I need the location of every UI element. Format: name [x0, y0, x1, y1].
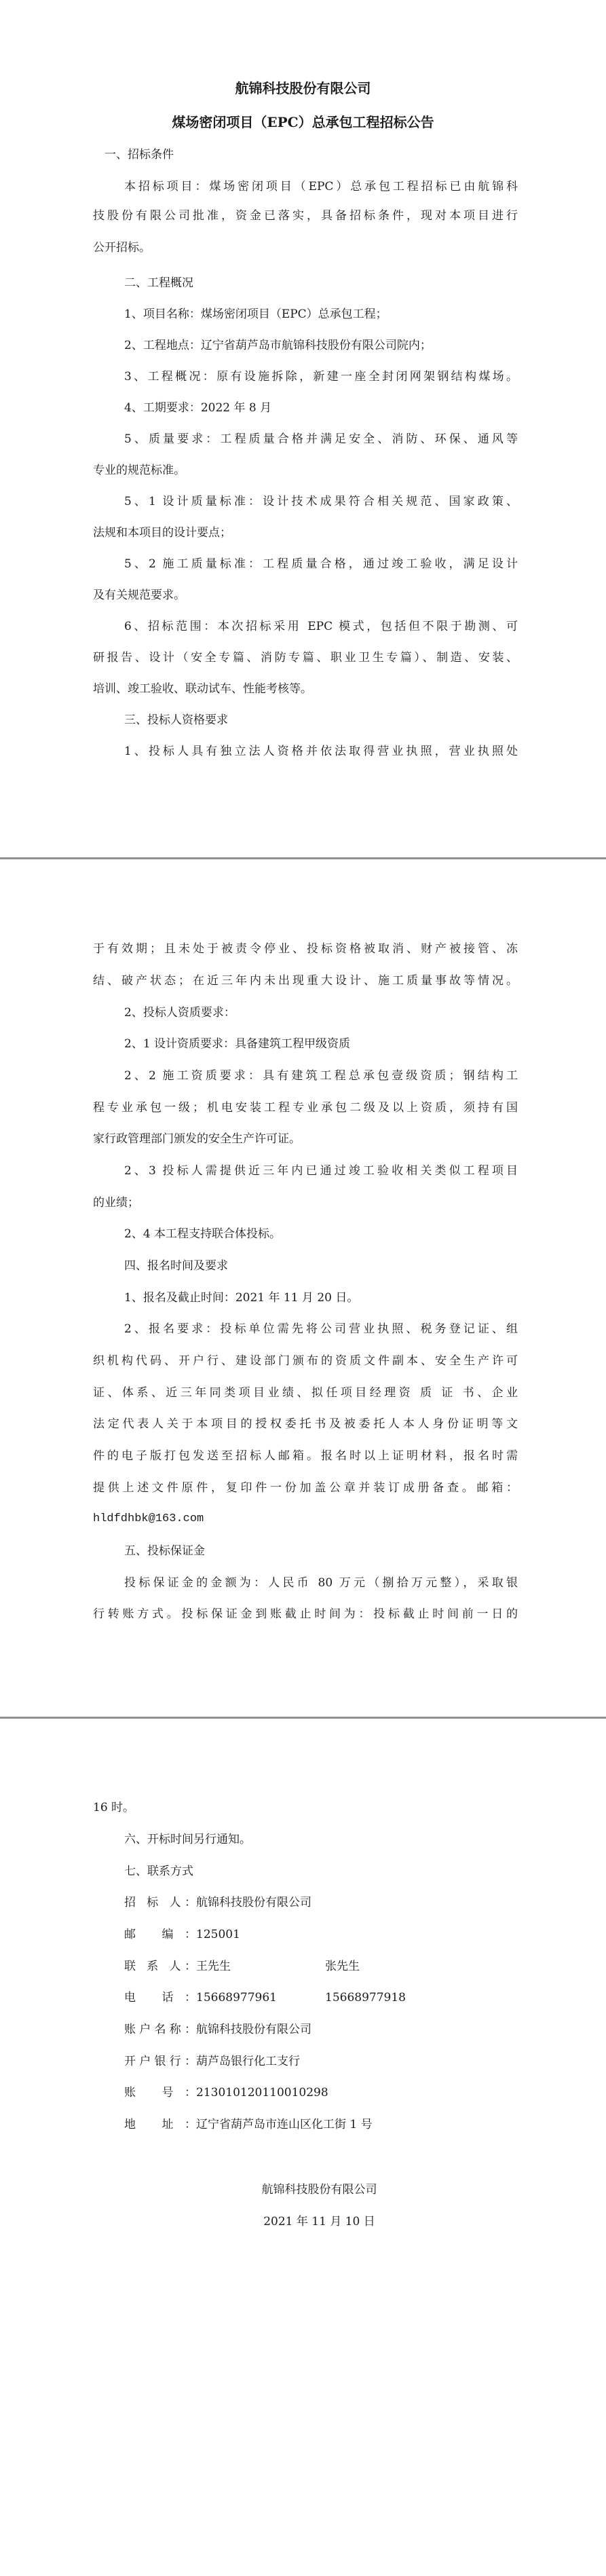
list-item: 1、项目名称：煤场密闭项目（EPC）总承包工程； — [124, 306, 387, 322]
list-item: 2、工程地点：辽宁省葫芦岛市航锦科技股份有限公司院内； — [124, 337, 432, 354]
list-item: 2、报名要求：投标单位需先将公司营业执照、税务登记证、组 — [124, 1321, 518, 1337]
section-heading-4: 四、报名时间及要求 — [124, 1258, 228, 1274]
contact-label: 开户银行： — [124, 2053, 196, 2070]
contact-row-account-number: 账 号：213010120110010298 — [124, 2085, 328, 2101]
list-item: 1、报名及截止时间：2021 年 11 月 20 日。 — [124, 1290, 358, 1306]
section-heading-5: 五、投标保证金 — [124, 1543, 205, 1559]
contact-value: 王先生 — [196, 1958, 325, 1975]
phone-number-2[interactable]: 15668977918 — [325, 1990, 454, 2006]
contact-row-person: 联 系 人：王先生张先生 — [124, 1958, 454, 1975]
contact-value: 125001 — [196, 1926, 325, 1943]
list-item-cont: 专业的规范标准。 — [93, 462, 185, 479]
page-break — [0, 1717, 606, 1719]
contact-value: 葫芦岛银行化工支行 — [196, 2053, 300, 2070]
list-item-cont: 提供上述文件原件，复印件一份加盖公章并装订成册备查。邮箱： — [93, 1480, 518, 1496]
list-item-cont: 件的电子版打包发送至招标人邮箱。报名时以上证明材料，报名时需 — [93, 1448, 518, 1464]
list-item-cont: 研报告、设计（安全专篇、消防专篇、职业卫生专篇）、制造、安装、 — [93, 650, 518, 666]
paragraph-line: 技股份有限公司批准，资金已落实，具备招标条件，现对本项目进行 — [93, 208, 518, 224]
contact-label: 账 号： — [124, 2085, 196, 2101]
contact-row-phone: 电 话：1566897796115668977918 — [124, 1990, 454, 2006]
list-item: 2、1 设计资质要求：具备建筑工程甲级资质 — [124, 1036, 350, 1052]
contact-row-postcode: 邮 编：125001 — [124, 1926, 325, 1943]
contact-value: 辽宁省葫芦岛市连山区化工街 1 号 — [196, 2116, 373, 2133]
list-item-cont: 于有效期；且未处于被责令停业、投标资格被取消、财产被接管、冻 — [93, 941, 518, 957]
contact-row-bank: 开户银行：葫芦岛银行化工支行 — [124, 2053, 300, 2070]
contact-value: 213010120110010298 — [196, 2085, 328, 2101]
contact-value-2: 张先生 — [325, 1958, 454, 1975]
phone-number[interactable]: 15668977961 — [196, 1990, 325, 2006]
list-item: 5、1 设计质量标准：设计技术成果符合相关规范、国家政策、 — [124, 493, 518, 510]
list-item-cont: 及有关规范要求。 — [93, 587, 185, 603]
section-heading-6: 六、开标时间另行通知。 — [124, 1831, 251, 1848]
section-heading-2: 二、工程概况 — [124, 275, 193, 291]
signature-company: 航锦科技股份有限公司 — [0, 2182, 606, 2198]
contact-label: 账户名称： — [124, 2021, 196, 2038]
list-item-cont: 程专业承包一级；机电安装工程专业承包二级及以上资质，须持有国 — [93, 1100, 518, 1116]
list-item: 1、投标人具有独立法人资格并依法取得营业执照，营业执照处 — [124, 743, 518, 760]
company-title: 航锦科技股份有限公司 — [0, 79, 606, 98]
section-heading-1: 一、招标条件 — [105, 147, 174, 163]
page-break — [0, 857, 606, 859]
contact-value: 航锦科技股份有限公司 — [196, 1894, 325, 1911]
list-item-cont: 结、破产状态；在近三年内未出现重大设计、施工质量事故等情况。 — [93, 973, 518, 989]
list-item: 5、2 施工质量标准：工程质量合格，通过竣工验收，满足设计 — [124, 556, 518, 572]
list-item: 6、招标范围：本次招标采用 EPC 模式，包括但不限于勘测、可 — [124, 618, 518, 635]
list-item-cont: 织机构代码、开户行、建设部门颁布的资质文件副本、安全生产许可 — [93, 1353, 518, 1369]
list-item: 3、工程概况：原有设施拆除，新建一座全封闭网架钢结构煤场。 — [124, 369, 518, 385]
list-item: 2、3 投标人需提供近三年内已通过竣工验收相关类似工程项目 — [124, 1163, 518, 1179]
signature-date: 2021 年 11 月 10 日 — [0, 2214, 606, 2230]
list-item: 2、2 施工资质要求：具有建筑工程总承包壹级资质；钢结构工 — [124, 1068, 518, 1084]
list-item: 5、质量要求：工程质量合格并满足安全、消防、环保、通风等 — [124, 431, 518, 447]
paragraph-line: 行转账方式。投标保证金到账截止时间为：投标截止时间前一日的 — [93, 1606, 518, 1622]
document-title: 煤场密闭项目（EPC）总承包工程招标公告 — [0, 113, 606, 132]
section-heading-3: 三、投标人资格要求 — [124, 712, 228, 728]
contact-row-address: 地 址：辽宁省葫芦岛市连山区化工街 1 号 — [124, 2116, 373, 2133]
contact-value: 航锦科技股份有限公司 — [196, 2021, 311, 2038]
paragraph-line: 投标保证金的金额为：人民币 80 万元（捌拾万元整），采取银 — [124, 1575, 518, 1591]
list-item-cont: 家行政管理部门颁发的安全生产许可证。 — [93, 1131, 301, 1147]
email-link[interactable]: hldfdhbk@163.com — [93, 1511, 204, 1527]
list-item: 2、投标人资质要求： — [124, 1005, 235, 1021]
contact-label: 地 址： — [124, 2116, 196, 2133]
list-item-cont: 证、体系、近三年同类项目业绩、拟任项目经理资 质 证 书、企业 — [93, 1385, 518, 1401]
contact-row-tenderer: 招 标 人：航锦科技股份有限公司 — [124, 1894, 325, 1911]
contact-row-account-name: 账户名称：航锦科技股份有限公司 — [124, 2021, 311, 2038]
section-heading-7: 七、联系方式 — [124, 1863, 193, 1880]
list-item-cont: 法规和本项目的设计要点； — [93, 525, 231, 541]
contact-label: 招 标 人： — [124, 1894, 196, 1911]
paragraph-line: 本招标项目：煤场密闭项目（EPC）总承包工程招标已由航锦科 — [124, 179, 518, 195]
list-item-cont: 法定代表人关于本项目的授权委托书及被委托人本人身份证明等文 — [93, 1416, 518, 1432]
contact-label: 联 系 人： — [124, 1958, 196, 1975]
list-item: 4、工期要求：2022 年 8 月 — [124, 400, 271, 416]
paragraph-line: 公开招标。 — [93, 240, 151, 256]
list-item: 2、4 本工程支持联合体投标。 — [124, 1226, 281, 1242]
list-item-cont: 的业绩； — [93, 1195, 139, 1211]
list-item-cont: 培训、竣工验收、联动试车、性能考核等。 — [93, 681, 312, 697]
contact-label: 邮 编： — [124, 1926, 196, 1943]
contact-label: 电 话： — [124, 1990, 196, 2006]
paragraph-line: 16 时。 — [93, 1799, 134, 1816]
